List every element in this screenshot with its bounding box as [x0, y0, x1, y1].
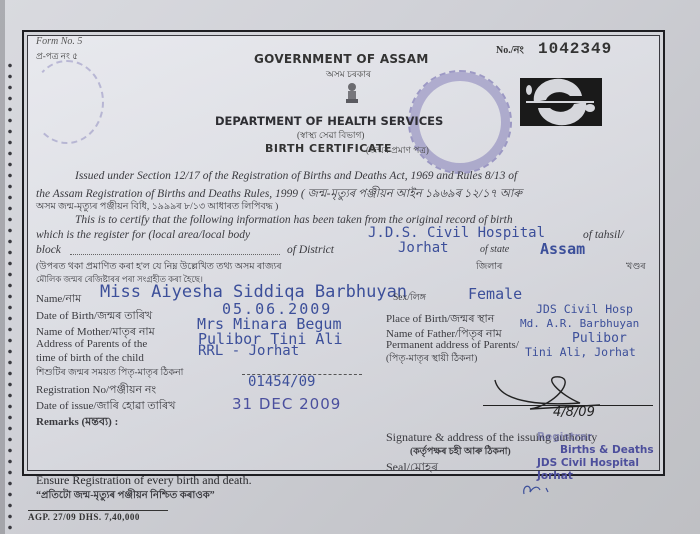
serial-number-label: No./নং	[496, 43, 524, 60]
sex-label: Sex/লিঙ্গ	[393, 291, 426, 306]
faded-seal-stamp	[30, 60, 104, 144]
stamp-births-deaths: Births & Deaths	[560, 444, 654, 456]
block-label: block	[36, 244, 61, 256]
seal-label: Seal/মোহৰ	[386, 459, 438, 479]
print-code: AGP. 27/09 DHS. 7,40,000	[28, 512, 140, 522]
paper-edge	[0, 0, 5, 534]
address-line-2-value: RRL - Jorhat	[198, 343, 299, 359]
form-number-bn: প্ৰ-পত্ৰ নং ৫	[36, 49, 78, 64]
certify-bn-block: খণ্ডৰ	[626, 260, 646, 275]
government-title: GOVERNMENT OF ASSAM	[254, 52, 429, 66]
government-title-bn: অসম চৰকাৰ	[326, 67, 371, 82]
stamp-hospital: JDS Civil Hospital	[537, 457, 639, 469]
permanent-address-bn-label: (পিতৃ-মাতৃৰ স্থায়ী ঠিকনা)	[386, 352, 477, 367]
form-number: Form No. 5	[36, 36, 82, 47]
initials-scribble	[520, 480, 560, 500]
stamp-registrar: Registrar	[537, 431, 592, 443]
place-of-birth-value: JDS Civil Hosp	[536, 302, 633, 316]
issuing-authority-bn: (কৰ্তৃপক্ষৰ চহী আৰু ঠিকনা)	[410, 445, 511, 460]
sex-value: Female	[468, 285, 522, 303]
ensure-registration-bn: “প্ৰতিটো জন্ম-মৃত্যুৰ পঞ্জীয়ন নিশ্চিত ক…	[36, 488, 215, 505]
block-dotted-line	[70, 254, 280, 255]
department-title: DEPARTMENT OF HEALTH SERVICES	[215, 114, 443, 128]
district-label: of District	[287, 244, 334, 256]
address-label-1: Address of Parents of the	[36, 338, 147, 350]
signature-date: 4/8/09	[553, 405, 595, 420]
registration-number-value: 01454/09	[248, 374, 315, 390]
certify-line-2-prefix: which is the register for (local area/lo…	[36, 229, 250, 241]
preamble-line-1: Issued under Section 12/17 of the Regist…	[75, 170, 517, 182]
permanent-address-line-2: Tini Ali, Jorhat	[525, 345, 636, 359]
permanent-address-label: Permanent address of Parents/	[386, 339, 519, 351]
registration-logo-icon	[520, 78, 602, 126]
district-value: Jorhat	[398, 240, 449, 256]
ensure-registration-text: Ensure Registration of every birth and d…	[36, 473, 252, 488]
footer-rule	[28, 510, 168, 511]
certify-line-2-suffix: of tahsil/	[583, 229, 624, 241]
serial-number: 1042349	[538, 40, 612, 58]
father-name-value: Md. A.R. Barbhuyan	[520, 317, 639, 330]
national-emblem-icon	[345, 82, 359, 106]
state-label: of state	[480, 244, 509, 255]
address-bn-label: শিশুটিৰ জন্মৰ সময়ত পিতৃ-মাতৃৰ ঠিকনা	[36, 366, 183, 381]
remarks-label: Remarks (মন্তব্য) :	[36, 413, 118, 432]
certificate-title-bn: (জন্মৰ প্ৰমাণ পত্ৰ)	[366, 143, 429, 158]
local-body-value: J.D.S. Civil Hospital	[368, 225, 545, 241]
department-title-bn: (স্বাস্থ্য সেৱা বিভাগ)	[297, 128, 364, 143]
permanent-address-line-1: Pulibor	[572, 331, 627, 346]
state-value: Assam	[540, 240, 585, 258]
perforation-edge	[6, 60, 16, 534]
address-label-2: time of birth of the child	[36, 352, 144, 364]
issue-date-stamp: 31 DEC 2009	[232, 395, 341, 413]
child-name-value: Miss Aiyesha Siddiqa Barbhuyan	[100, 282, 407, 302]
certify-bn-district: জিলাৰ	[476, 260, 502, 275]
preamble-line-3: অসম জন্ম-মৃত্যুৰ পঞ্জীয়ন বিধি, ১৯৯৯ৰ ৮/…	[36, 200, 278, 215]
